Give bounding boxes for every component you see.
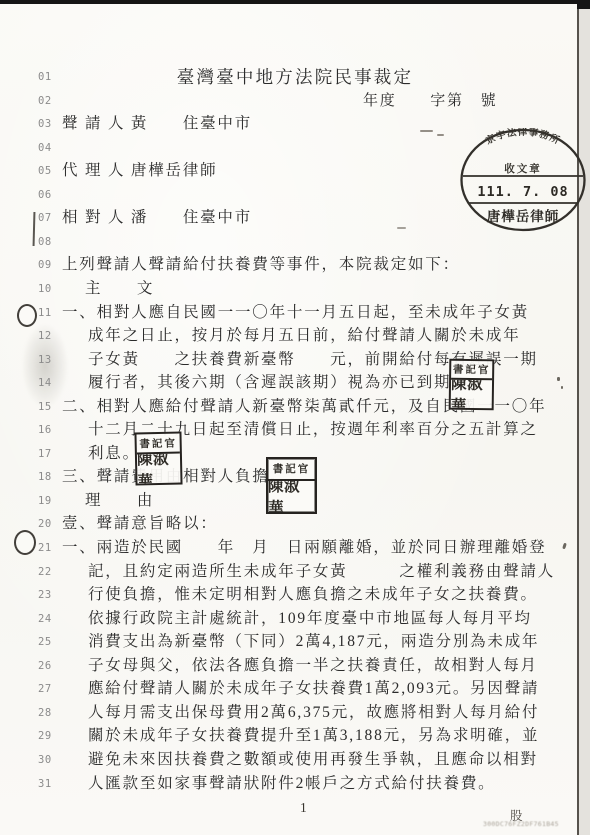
clerk-stamp-name: 陳淑華 <box>137 454 181 484</box>
line-number: 13 <box>38 354 52 366</box>
law-firm-receipt-stamp: 京字法律事務所 收文章 111. 7. 08 唐樺岳律師 <box>458 128 588 232</box>
receipt-stamp-label: 收文章 <box>504 162 542 175</box>
document-line: 08 <box>0 231 590 253</box>
document-line: 21一、兩造於民國 年 月 日兩願離婚，並於同日辦理離婚登 <box>0 537 590 559</box>
line-number: 05 <box>38 165 52 177</box>
line-number: 02 <box>38 95 52 107</box>
line-number: 03 <box>38 118 52 130</box>
scan-corner-mark <box>577 0 590 9</box>
line-number: 31 <box>38 778 52 790</box>
line-number: 28 <box>38 707 52 719</box>
line-text: 關於未成年子女扶養費提升至1萬3,188元，另為求明確，並 <box>88 725 539 747</box>
line-number: 27 <box>38 683 52 695</box>
document-code: 300DC76FZ2DF761B45 <box>483 820 559 828</box>
line-text: 相 對 人 潘 住臺中市 <box>62 207 252 229</box>
document-line: 16十二月二十九日起至清償日止，按週年利率百分之五計算之 <box>0 419 590 441</box>
line-number: 26 <box>38 660 52 672</box>
document-line: 23行使負擔，惟未定明相對人應負擔之未成年子女之扶養費。 <box>0 584 590 606</box>
document-line: 24依據行政院主計處統計，109年度臺中市地區每人每月平均 <box>0 608 590 630</box>
receipt-stamp-firm-name: 京字法律事務所 <box>484 128 563 147</box>
line-text: 履行者，其後六期（含遲誤該期）視為亦已到期。 <box>88 372 469 394</box>
line-number: 22 <box>38 566 52 578</box>
line-text: 理 由 <box>85 490 154 512</box>
line-text: 聲 請 人 黃 住臺中市 <box>62 113 252 135</box>
line-number: 30 <box>38 754 52 766</box>
line-number: 29 <box>38 730 52 742</box>
document-line: 13子女黃 之扶養費新臺幣 元，前開給付每有遲誤一期 <box>0 349 590 371</box>
line-number: 14 <box>38 377 52 389</box>
line-text: 記，且約定兩造所生未成年子女黃 之權利義務由聲請人 <box>88 561 555 583</box>
clerk-stamp: 書記官 陳淑華 <box>266 457 317 514</box>
page-number: 1 <box>300 800 307 816</box>
line-number: 10 <box>38 283 52 295</box>
scanned-court-document: 01臺灣臺中地方法院民事裁定02年度 字第 號03聲 請 人 黃 住臺中市040… <box>0 0 590 835</box>
clerk-stamp: 書記官 陳淑華 <box>134 432 182 486</box>
line-number: 25 <box>38 636 52 648</box>
document-line: 15二、相對人應給付聲請人新臺幣柒萬貳仟元，及自民國一一〇年 <box>0 396 590 418</box>
line-number: 21 <box>38 542 52 554</box>
line-number: 12 <box>38 330 52 342</box>
line-number: 11 <box>38 307 52 319</box>
document-line: 09上列聲請人聲請給付扶養費等事件，本院裁定如下： <box>0 254 590 276</box>
line-number: 06 <box>38 189 52 201</box>
line-text: 一、相對人應自民國一一〇年十一月五日起，至未成年子女黃 <box>62 302 529 324</box>
scan-top-edge-artifact <box>0 0 590 4</box>
line-text: 主 文 <box>85 278 154 300</box>
clerk-stamp-name: 陳淑華 <box>268 481 315 512</box>
line-text: 依據行政院主計處統計，109年度臺中市地區每人每月平均 <box>88 608 532 630</box>
line-text: 應給付聲請人關於未成年子女扶養費1萬2,093元。另因聲請 <box>88 678 539 700</box>
document-line: 20壹、聲請意旨略以： <box>0 513 590 535</box>
receipt-stamp-lawyer-name: 唐樺岳律師 <box>487 208 560 224</box>
line-number: 24 <box>38 613 52 625</box>
document-line: 02年度 字第 號 <box>0 90 590 112</box>
document-line: 14履行者，其後六期（含遲誤該期）視為亦已到期。 <box>0 372 590 394</box>
line-number: 19 <box>38 495 52 507</box>
line-text: 避免未來因扶養費之數額或使用再發生爭執，且應命以相對 <box>88 749 538 771</box>
line-number: 08 <box>38 236 52 248</box>
line-number: 04 <box>38 142 52 154</box>
document-line: 10主 文 <box>0 278 590 300</box>
document-line: 27應給付聲請人關於未成年子女扶養費1萬2,093元。另因聲請 <box>0 678 590 700</box>
document-line: 30避免未來因扶養費之數額或使用再發生爭執，且應命以相對 <box>0 749 590 771</box>
clerk-stamp-title: 書記官 <box>268 459 315 481</box>
line-text: 壹、聲請意旨略以： <box>62 513 218 535</box>
document-line: 26子女母與父，依法各應負擔一半之扶養責任，故相對人每月 <box>0 655 590 677</box>
line-number: 20 <box>38 518 52 530</box>
line-text: 代 理 人 唐樺岳律師 <box>62 160 217 182</box>
clerk-stamp: 書記官 陳淑華 <box>449 359 495 411</box>
line-number: 17 <box>38 448 52 460</box>
line-text: 年度 字第 號 <box>363 90 497 112</box>
receipt-stamp-date: 111. 7. 08 <box>477 184 568 200</box>
line-text: 成年之日止，按月於每月五日前，給付聲請人關於未成年 <box>88 325 521 347</box>
line-text: 利息。 <box>88 443 140 465</box>
document-line: 12成年之日止，按月於每月五日前，給付聲請人關於未成年 <box>0 325 590 347</box>
document-line: 25消費支出為新臺幣（下同）2萬4,187元，兩造分別為未成年 <box>0 631 590 653</box>
document-line: 31人匯款至如家事聲請狀附件2帳戶之方式給付扶養費。 <box>0 773 590 795</box>
document-line: 11一、相對人應自民國一一〇年十一月五日起，至未成年子女黃 <box>0 302 590 324</box>
line-text: 上列聲請人聲請給付扶養費等事件，本院裁定如下： <box>62 254 460 276</box>
clerk-stamp-title: 書記官 <box>451 361 492 381</box>
line-text: 臺灣臺中地方法院民事裁定 <box>25 66 565 88</box>
line-number: 07 <box>38 212 52 224</box>
line-number: 15 <box>38 401 52 413</box>
line-text: 人匯款至如家事聲請狀附件2帳戶之方式給付扶養費。 <box>88 773 495 795</box>
clerk-stamp-name: 陳淑華 <box>451 380 492 408</box>
line-number: 09 <box>38 259 52 271</box>
document-line: 01臺灣臺中地方法院民事裁定 <box>0 66 590 88</box>
line-text: 消費支出為新臺幣（下同）2萬4,187元，兩造分別為未成年 <box>88 631 539 653</box>
document-line: 28人每月需支出保母費用2萬6,375元，故應將相對人每月給付 <box>0 702 590 724</box>
line-text: 子女母與父，依法各應負擔一半之扶養責任，故相對人每月 <box>88 655 538 677</box>
line-number: 23 <box>38 589 52 601</box>
document-line: 22記，且約定兩造所生未成年子女黃 之權利義務由聲請人 <box>0 561 590 583</box>
line-text: 一、兩造於民國 年 月 日兩願離婚，並於同日辦理離婚登 <box>62 537 546 559</box>
line-number: 18 <box>38 471 52 483</box>
clerk-stamp-title: 書記官 <box>136 434 179 455</box>
line-number: 16 <box>38 424 52 436</box>
document-line: 29關於未成年子女扶養費提升至1萬3,188元，另為求明確，並 <box>0 725 590 747</box>
line-text: 人每月需支出保母費用2萬6,375元，故應將相對人每月給付 <box>88 702 539 724</box>
line-text: 行使負擔，惟未定明相對人應負擔之未成年子女之扶養費。 <box>88 584 538 606</box>
